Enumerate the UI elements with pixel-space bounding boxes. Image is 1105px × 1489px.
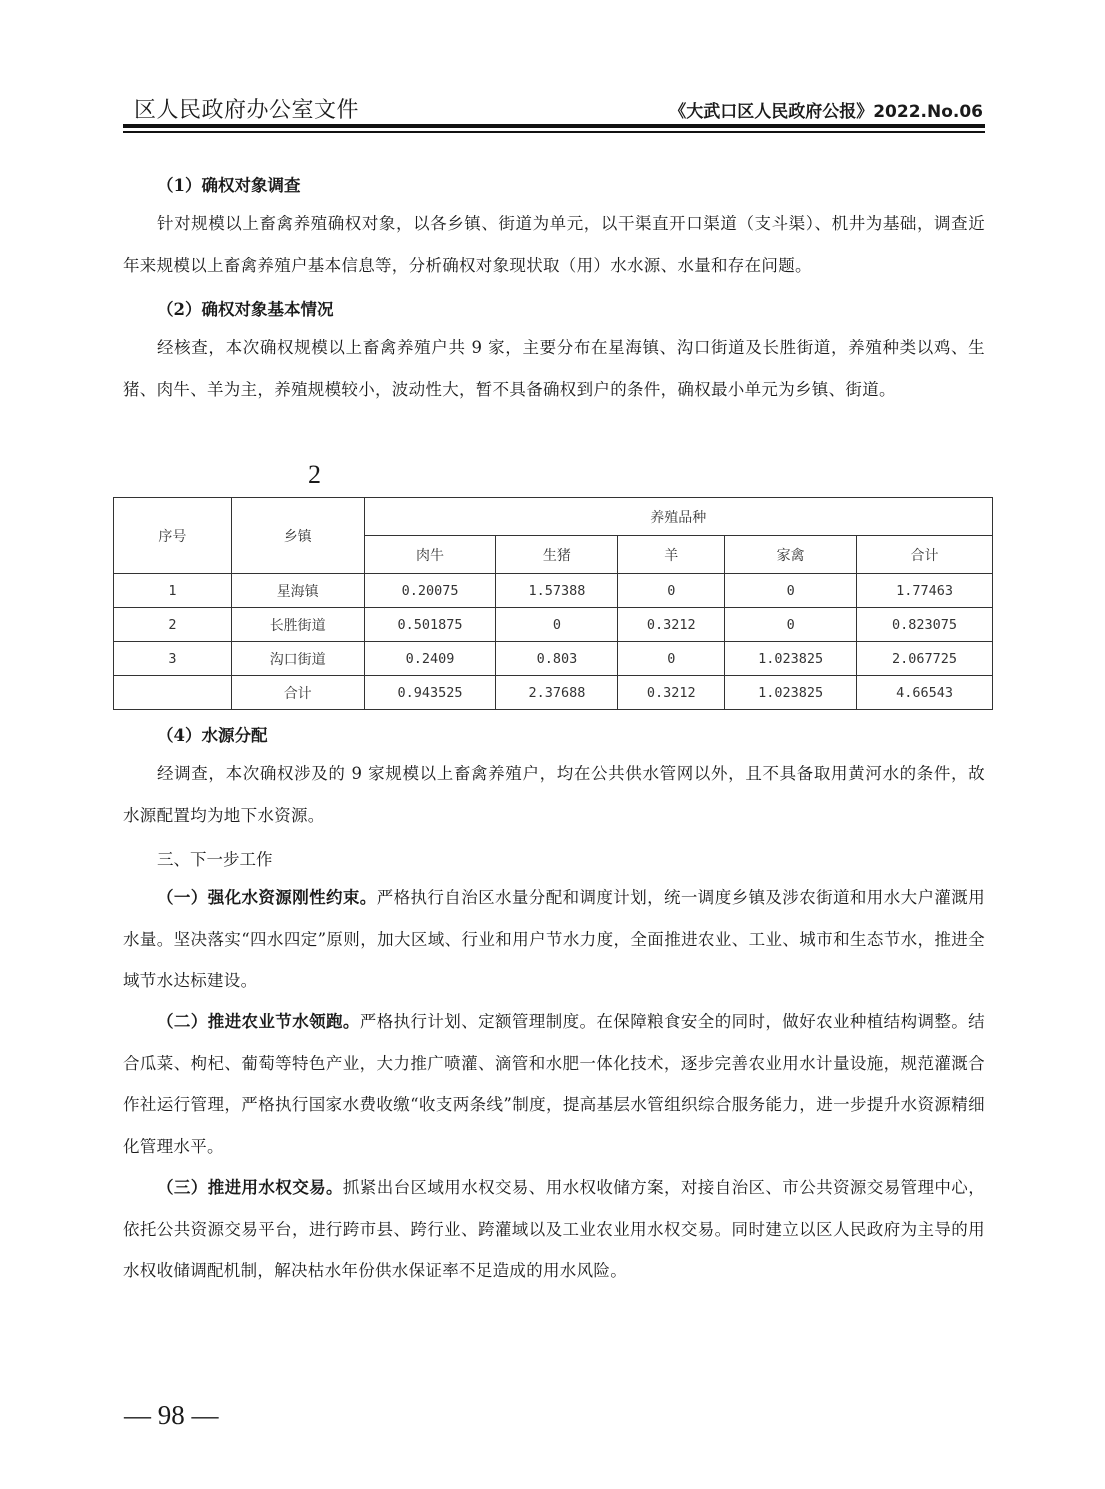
cell-seq: 1 [114,574,232,608]
col-header-sheep: 羊 [618,536,725,574]
table-row: 1 星海镇 0.20075 1.57388 0 0 1.77463 [114,574,993,608]
paragraph-step-2: （二）推进农业节水领跑。严格执行计划、定额管理制度。在保障粮食安全的同时，做好农… [123,1001,985,1167]
col-header-poultry: 家禽 [725,536,857,574]
table-row: 2 长胜街道 0.501875 0 0.3212 0 0.823075 [114,608,993,642]
cell-value: 0 [496,608,618,642]
step-1-title: （一）强化水资源刚性约束。 [157,888,377,907]
livestock-table: 序号 乡镇 养殖品种 肉牛 生猪 羊 家禽 合计 1 星海镇 0.20075 1… [113,497,993,710]
cell-value: 0.20075 [364,574,496,608]
cell-value: 1.77463 [857,574,993,608]
step-2-title: （二）推进农业节水领跑。 [157,1012,360,1031]
cell-seq: 3 [114,642,232,676]
cell-seq [114,676,232,710]
cell-value: 1.57388 [496,574,618,608]
cell-town: 星海镇 [231,574,364,608]
col-header-group: 养殖品种 [364,498,992,536]
section-heading-4: （4）水源分配 [157,722,267,746]
step-3-title: （三）推进用水权交易。 [157,1178,343,1197]
cell-seq: 2 [114,608,232,642]
cell-town: 沟口街道 [231,642,364,676]
cell-value: 0.501875 [364,608,496,642]
cell-value: 0.823075 [857,608,993,642]
table-row: 3 沟口街道 0.2409 0.803 0 1.023825 2.067725 [114,642,993,676]
table-row-total: 合计 0.943525 2.37688 0.3212 1.023825 4.66… [114,676,993,710]
paragraph-basic-situation: 经核查，本次确权规模以上畜禽养殖户共 9 家，主要分布在星海镇、沟口街道及长胜街… [123,327,985,410]
paragraph-survey: 针对规模以上畜禽养殖确权对象，以各乡镇、街道为单元，以干渠直开口渠道（支斗渠）、… [123,203,985,286]
section-heading-next-steps: 三、下一步工作 [157,846,273,870]
cell-value: 2.067725 [857,642,993,676]
cell-value: 0 [725,574,857,608]
header-department: 区人民政府办公室文件 [134,93,359,124]
section-heading-1: （1）确权对象调查 [157,172,300,196]
page-number: — 98 — [124,1400,219,1431]
header-publication: 《大武口区人民政府公报》2022.No.06 [669,97,983,122]
cell-value: 0 [618,574,725,608]
col-header-total: 合计 [857,536,993,574]
cell-value: 1.023825 [725,642,857,676]
header-rule-thin [123,131,985,133]
cell-value: 2.37688 [496,676,618,710]
table-number: 2 [308,460,321,490]
col-header-pig: 生猪 [496,536,618,574]
cell-town: 合计 [231,676,364,710]
step-2-text: 严格执行计划、定额管理制度。在保障粮食安全的同时，做好农业种植结构调整。结合瓜菜… [123,1012,985,1156]
cell-value: 0 [725,608,857,642]
cell-value: 0.803 [496,642,618,676]
cell-value: 0.3212 [618,676,725,710]
cell-value: 1.023825 [725,676,857,710]
section-heading-2: （2）确权对象基本情况 [157,296,333,320]
col-header-town: 乡镇 [231,498,364,574]
cell-value: 0.3212 [618,608,725,642]
cell-value: 0.943525 [364,676,496,710]
cell-value: 0 [618,642,725,676]
cell-town: 长胜街道 [231,608,364,642]
paragraph-step-1: （一）强化水资源刚性约束。严格执行自治区水量分配和调度计划，统一调度乡镇及涉农街… [123,877,985,1002]
paragraph-water-source: 经调查，本次确权涉及的 9 家规模以上畜禽养殖户，均在公共供水管网以外，且不具备… [123,753,985,836]
cell-value: 4.66543 [857,676,993,710]
col-header-beef: 肉牛 [364,536,496,574]
col-header-seq: 序号 [114,498,232,574]
paragraph-step-3: （三）推进用水权交易。抓紧出台区域用水权交易、用水权收储方案，对接自治区、市公共… [123,1167,985,1292]
header-rule-thick [123,124,985,128]
cell-value: 0.2409 [364,642,496,676]
